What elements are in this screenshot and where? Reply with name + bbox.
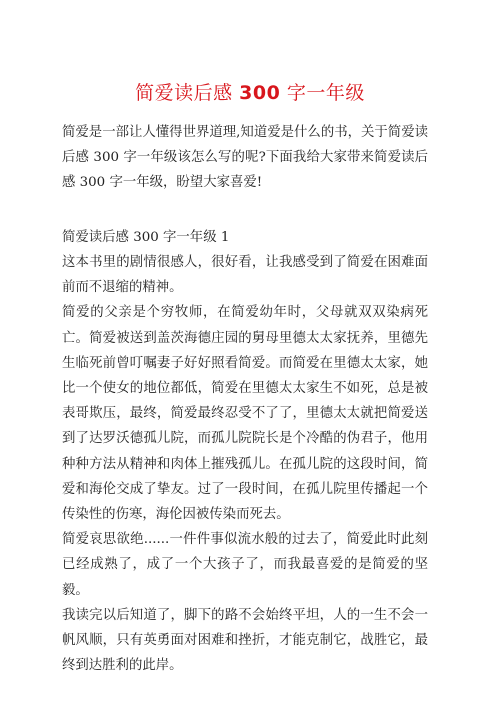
body-paragraph: 简爱哀思欲绝......一件件事似流水般的过去了，简爱此时此刻已经成熟了，成了一…: [62, 527, 428, 603]
title-prefix: 简爱读后感: [135, 82, 239, 104]
body-paragraph: 这本书里的剧情很感人，很好看，让我感受到了简爱在困难面前而不退缩的精神。: [62, 250, 428, 300]
title-number: 300: [239, 82, 280, 104]
document-body: 简爱是一部让人懂得世界道理,知道爱是什么的书，关于简爱读后感 300 字一年级该…: [62, 120, 428, 678]
intro-paragraph: 简爱是一部让人懂得世界道理,知道爱是什么的书，关于简爱读后感 300 字一年级该…: [62, 120, 428, 196]
document-page: 简爱读后感 300 字一年级 简爱是一部让人懂得世界道理,知道爱是什么的书，关于…: [0, 0, 500, 707]
body-paragraph: 我读完以后知道了，脚下的路不会始终平坦，人的一生不会一帆风顺，只有英勇面对困难和…: [62, 603, 428, 679]
blank-line: [62, 196, 428, 221]
section-heading: 简爱读后感 300 字一年级 1: [62, 225, 428, 250]
title-suffix: 字一年级: [280, 82, 365, 104]
body-paragraph: 简爱的父亲是个穷牧师，在简爱幼年时，父母就双双染病死亡。简爱被送到盖茨海德庄园的…: [62, 300, 428, 527]
document-title: 简爱读后感 300 字一年级: [0, 80, 500, 106]
